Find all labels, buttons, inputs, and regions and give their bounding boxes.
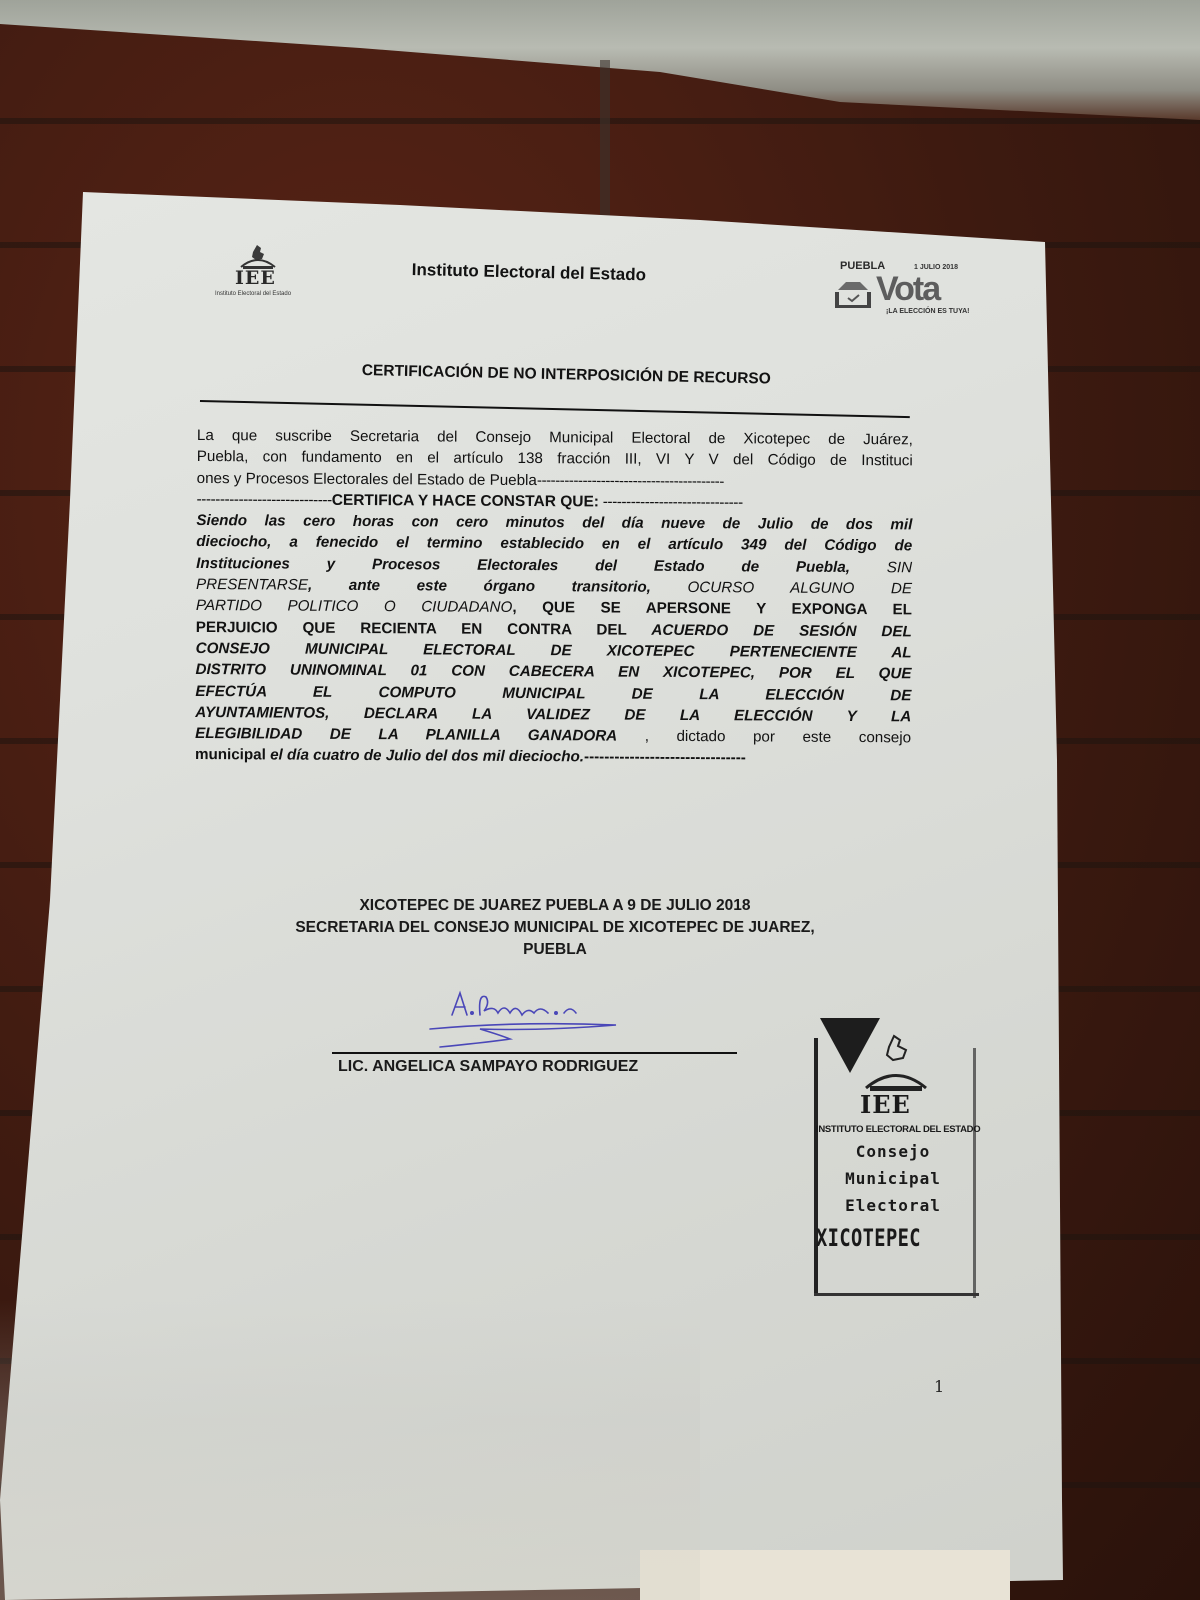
iee-caption: Instituto Electoral del Estado <box>215 291 291 297</box>
document-title: CERTIFICACIÓN DE NO INTERPOSICIÓN DE REC… <box>362 362 771 389</box>
statement-segment: OCURSO ALGUNO DE <box>687 579 912 597</box>
stamp-abbreviation: IEE <box>860 1090 911 1119</box>
ballot-box-icon <box>832 278 874 310</box>
signer-name: LIC. ANGELICA SAMPAYO RODRIGUEZ <box>338 1058 638 1076</box>
title-underline <box>200 400 910 418</box>
closing-block: XICOTEPEC DE JUAREZ PUEBLA A 9 DE JULIO … <box>205 895 905 961</box>
place-and-date: XICOTEPEC DE JUAREZ PUEBLA A 9 DE JULIO … <box>205 895 905 917</box>
statement-segment: -------------------------------- <box>584 749 746 767</box>
official-stamp: IEE INSTITUTO ELECTORAL DEL ESTADO Conse… <box>808 1018 978 1298</box>
certified-statement: Siendo las cero horas con cero minutos d… <box>195 510 913 770</box>
stamp-institution: INSTITUTO ELECTORAL DEL ESTADO <box>816 1124 980 1135</box>
statement-segment: PARTIDO POLITICO O CIUDADANO <box>196 597 513 616</box>
iee-abbreviation: IEE <box>235 267 276 289</box>
issuing-office: SECRETARIA DEL CONSEJO MUNICIPAL DE XICO… <box>205 917 905 939</box>
statement-segment: CONSEJO MUNICIPAL ELECTORAL DE XICOTEPEC… <box>196 640 912 661</box>
signature-line <box>332 1052 737 1054</box>
statement-segment: , dictado por este consejo <box>617 728 911 747</box>
stamp-border <box>814 1038 818 1293</box>
statement-segment: municipal <box>195 746 266 763</box>
statement-segment: Instituciones y Procesos Electorales del… <box>196 555 887 576</box>
dash-fill: ------------------------------ <box>599 493 743 511</box>
puebla-vota-logo: PUEBLA 1 JULIO 2018 Vota ¡LA ELECCIÓN ES… <box>832 260 972 325</box>
intro-paragraph: La que suscribe Secretaria del Consejo M… <box>197 425 913 493</box>
statement-segment: PERJUICIO QUE RECIENTA EN CONTRA DEL <box>196 619 652 639</box>
statement-segment: SIN <box>887 559 912 576</box>
statement-segment: dieciocho, a fenecido el termino estable… <box>196 533 912 554</box>
intro-line-text: ones y Procesos Electorales del Estado d… <box>197 470 537 489</box>
issuing-office-state: PUEBLA <box>205 939 905 961</box>
statement-segment: Siendo las cero horas con cero minutos d… <box>196 512 912 533</box>
dash-fill: ----------------------------- <box>196 491 331 509</box>
certification-document: IEE Instituto Electoral del Estado Insti… <box>0 0 1200 1600</box>
handwritten-signature <box>420 985 630 1055</box>
page-number: 1 <box>934 1377 944 1396</box>
vote-logo-word: Vota <box>876 270 939 309</box>
statement-segment: AYUNTAMIENTOS, DECLARA LA VALIDEZ DE LA … <box>195 704 911 725</box>
statement-segment: , ante este órgano transitorio, <box>308 577 688 596</box>
vote-logo-slogan: ¡LA ELECCIÓN ES TUYA! <box>886 308 970 315</box>
stamp-city: XICOTEPEC <box>816 1224 921 1252</box>
statement-segment: DISTRITO UNINOMINAL 01 CON CABECERA EN X… <box>195 661 911 682</box>
statement-segment: PRESENTARSE <box>196 576 308 594</box>
document-body: La que suscribe Secretaria del Consejo M… <box>195 425 913 770</box>
statement-segment: ELEGIBILIDAD DE LA PLANILLA GANADORA <box>195 725 617 745</box>
stamp-line: Municipal <box>808 1169 978 1188</box>
stamp-border <box>814 1293 979 1296</box>
statement-segment: el día cuatro de Julio del dos mil dieci… <box>266 747 584 766</box>
iee-logo: IEE Instituto Electoral del Estado <box>215 243 305 303</box>
statement-segment: , QUE SE APERSONE Y EXPONGA EL <box>512 599 912 618</box>
statement-line: municipal el día cuatro de Julio del dos… <box>195 744 911 770</box>
statement-segment: ACUERDO DE SESIÓN DEL <box>651 621 911 640</box>
statement-segment: EFECTÚA EL COMPUTO MUNICIPAL DE LA ELECC… <box>195 683 911 704</box>
dash-fill: ----------------------------------------… <box>537 472 724 490</box>
institute-header-title: Instituto Electoral del Estado <box>412 260 647 285</box>
stamp-line: Consejo <box>808 1142 978 1161</box>
certifica-heading: CERTIFICA Y HACE CONSTAR QUE: <box>332 492 599 511</box>
stamp-line: Electoral <box>808 1196 978 1215</box>
